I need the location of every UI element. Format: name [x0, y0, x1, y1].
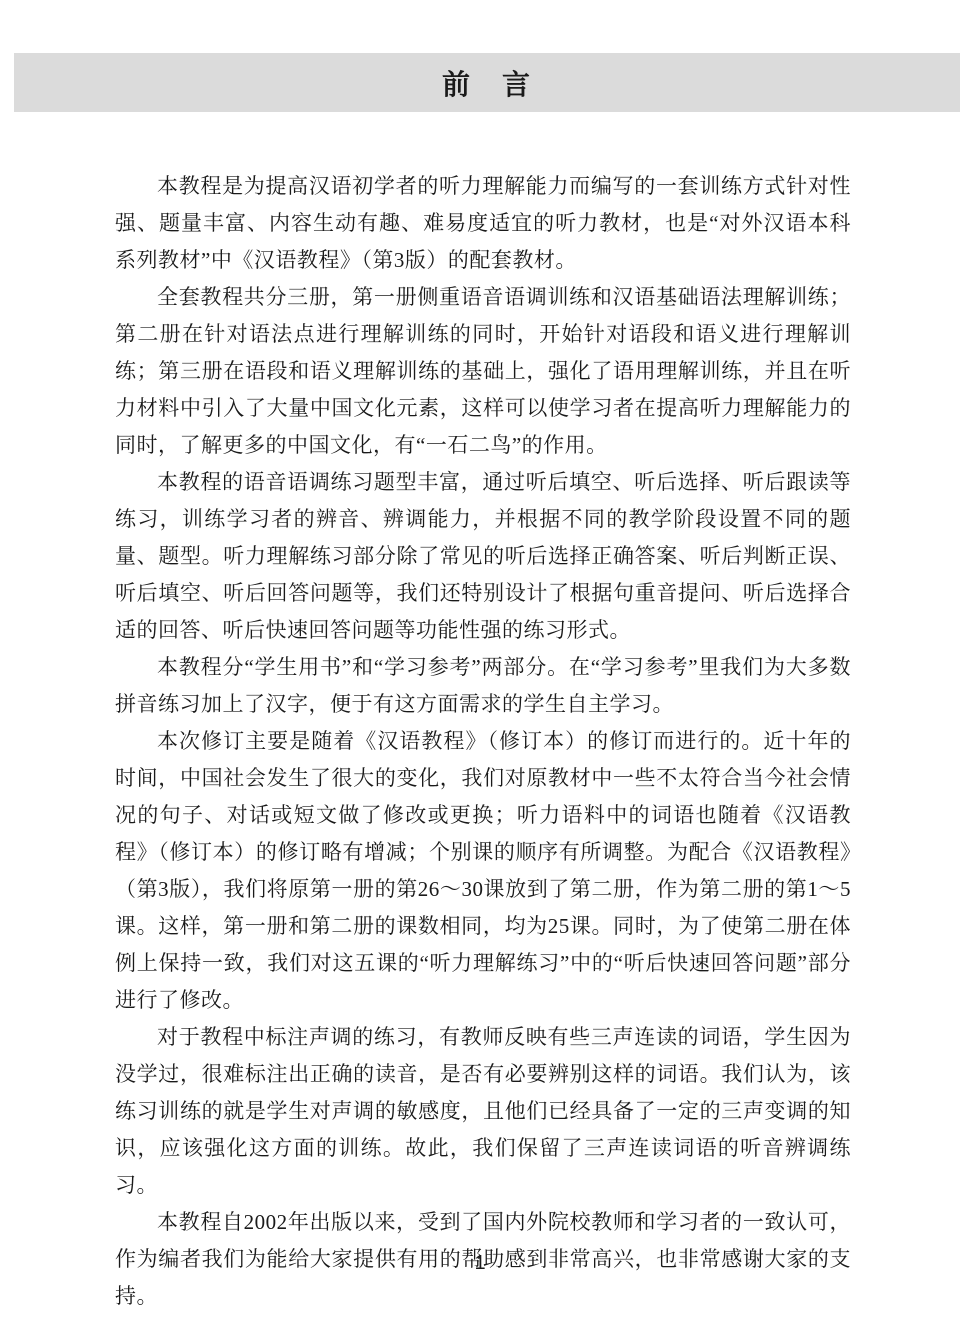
paragraph: 本教程分“学生用书”和“学习参考”两部分。在“学习参考”里我们为大多数拼音练习加… — [115, 649, 851, 723]
preface-body: 本教程是为提高汉语初学者的听力理解能力而编写的一套训练方式针对性强、题量丰富、内… — [115, 168, 851, 1315]
paragraph: 对于教程中标注声调的练习，有教师反映有些三声连读的词语，学生因为没学过，很难标注… — [115, 1019, 851, 1204]
paragraph: 本次修订主要是随着《汉语教程》（修订本）的修订而进行的。近十年的时间，中国社会发… — [115, 723, 851, 1019]
page-number: 1 — [474, 1252, 485, 1274]
paragraph: 本教程的语音语调练习题型丰富，通过听后填空、听后选择、听后跟读等练习，训练学习者… — [115, 464, 851, 649]
page-footer: 1 — [0, 1252, 960, 1275]
paragraph: 全套教程共分三册，第一册侧重语音语调训练和汉语基础语法理解训练；第二册在针对语法… — [115, 279, 851, 464]
document-page: 前 言 本教程是为提高汉语初学者的听力理解能力而编写的一套训练方式针对性强、题量… — [0, 0, 960, 1337]
page-title: 前 言 — [442, 63, 532, 103]
preface-header-bar: 前 言 — [14, 53, 960, 112]
paragraph: 本教程是为提高汉语初学者的听力理解能力而编写的一套训练方式针对性强、题量丰富、内… — [115, 168, 851, 279]
